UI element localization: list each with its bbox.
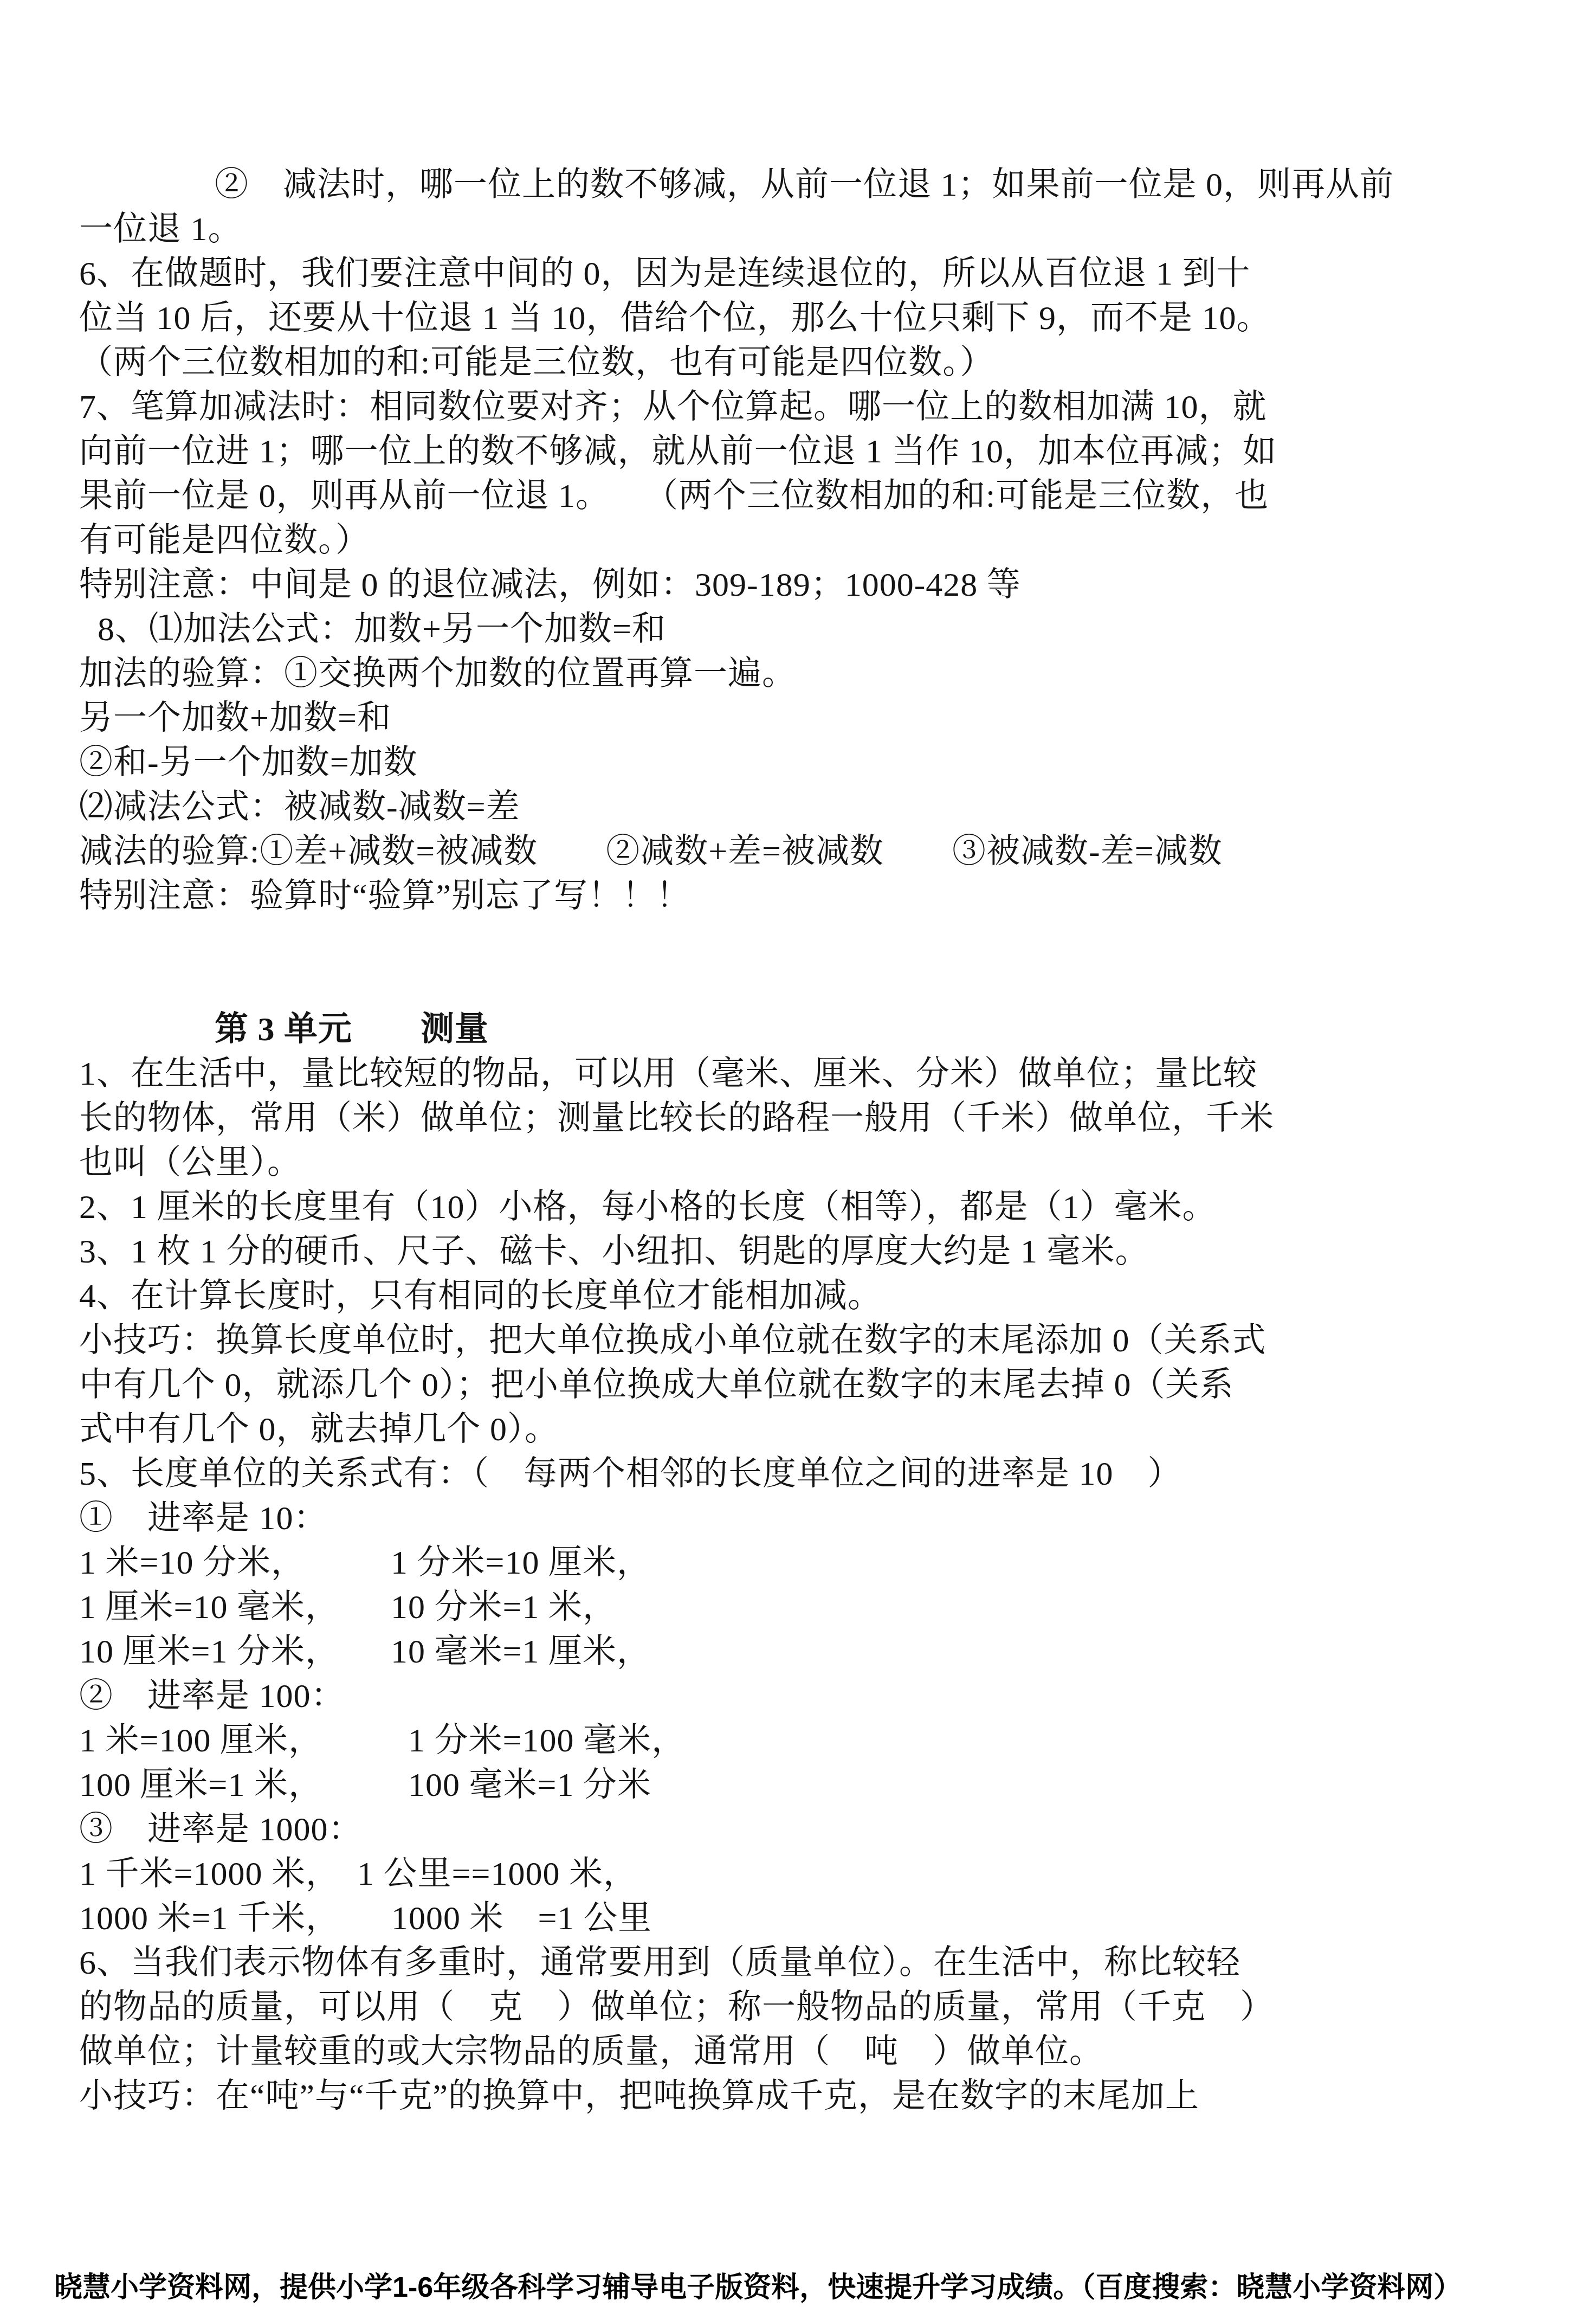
text-line: 5、长度单位的关系式有：（ 每两个相邻的长度单位之间的进率是 10 ） — [79, 1452, 1542, 1496]
footer-watermark: 晓慧小学资料网，提供小学1-6年级各科学习辅导电子版资料，快速提升学习成绩。（百… — [54, 2271, 1572, 2304]
text-line: 1 米=100 厘米， 1 分米=100 毫米， — [79, 1718, 1542, 1763]
text-line: ⑵减法公式：被减数-减数=差 — [79, 785, 1542, 829]
text-line: 特别注意：中间是 0 的退位减法，例如：309-189；1000-428 等 — [79, 563, 1542, 607]
text-line: 6、当我们表示物体有多重时，通常要用到（质量单位）。在生活中，称比较轻 — [79, 1941, 1542, 1985]
text-line: 4、在计算长度时，只有相同的长度单位才能相加减。 — [79, 1274, 1542, 1318]
text-line: 1、在生活中，量比较短的物品，可以用（毫米、厘米、分米）做单位；量比较 — [79, 1052, 1542, 1096]
text-line: ② 进率是 100： — [79, 1674, 1542, 1718]
text-line: 做单位；计量较重的或大宗物品的质量，通常用（ 吨 ）做单位。 — [79, 2029, 1542, 2074]
document-page: ② 减法时，哪一位上的数不够减，从前一位退 1；如果前一位是 0，则再从前一位退… — [0, 0, 1596, 2313]
text-line: 小技巧：在“吨”与“千克”的换算中，把吨换算成千克，是在数字的末尾加上 — [79, 2074, 1542, 2118]
text-line: 7、笔算加减法时：相同数位要对齐；从个位算起。哪一位上的数相加满 10，就 — [79, 385, 1542, 429]
text-line: 中有几个 0，就添几个 0）；把小单位换成大单位就在数字的末尾去掉 0（关系 — [79, 1363, 1542, 1407]
text-line: 6、在做题时，我们要注意中间的 0，因为是连续退位的，所以从百位退 1 到十 — [79, 252, 1542, 296]
text-line: 特别注意：验算时“验算”别忘了写！！！ — [79, 874, 1542, 918]
text-line: 1 厘米=10 毫米， 10 分米=1 米， — [79, 1585, 1542, 1629]
text-line: 1 千米=1000 米， 1 公里==1000 米， — [79, 1852, 1542, 1896]
text-line: 有可能是四位数。） — [79, 518, 1542, 563]
text-line: 3、1 枚 1 分的硬币、尺子、磁卡、小纽扣、钥匙的厚度大约是 1 毫米。 — [79, 1229, 1542, 1274]
text-line: 小技巧：换算长度单位时，把大单位换成小单位就在数字的末尾添加 0（关系式 — [79, 1318, 1542, 1363]
text-line: 8、⑴加法公式：加数+另一个加数=和 — [79, 607, 1542, 652]
text-line: 位当 10 后，还要从十位退 1 当 10，借给个位，那么十位只剩下 9，而不是… — [79, 296, 1542, 340]
document-body: ② 减法时，哪一位上的数不够减，从前一位退 1；如果前一位是 0，则再从前一位退… — [79, 163, 1542, 2118]
text-line: 10 厘米=1 分米， 10 毫米=1 厘米， — [79, 1629, 1542, 1674]
text-line: 的物品的质量，可以用（ 克 ）做单位；称一般物品的质量，常用（千克 ） — [79, 1985, 1542, 2029]
text-line: 加法的验算：①交换两个加数的位置再算一遍。 — [79, 652, 1542, 696]
text-line: 100 厘米=1 米， 100 毫米=1 分米 — [79, 1763, 1542, 1807]
text-line: 另一个加数+加数=和 — [79, 696, 1542, 740]
text-line: 2、1 厘米的长度里有（10）小格，每小格的长度（相等），都是（1）毫米。 — [79, 1185, 1542, 1229]
blank-line — [79, 918, 1542, 963]
text-line: 式中有几个 0，就去掉几个 0）。 — [79, 1407, 1542, 1452]
text-line: 向前一位进 1；哪一位上的数不够减，就从前一位退 1 当作 10，加本位再减；如 — [79, 429, 1542, 474]
text-line: 减法的验算:①差+减数=被减数 ②减数+差=被减数 ③被减数-差=减数 — [79, 829, 1542, 874]
text-line: ②和-另一个加数=加数 — [79, 740, 1542, 785]
text-line: 长的物体，常用（米）做单位；测量比较长的路程一般用（千米）做单位，千米 — [79, 1096, 1542, 1141]
text-line: ② 减法时，哪一位上的数不够减，从前一位退 1；如果前一位是 0，则再从前 — [79, 163, 1542, 207]
text-line: 一位退 1。 — [79, 207, 1542, 252]
text-line: ① 进率是 10： — [79, 1496, 1542, 1541]
text-line: ③ 进率是 1000： — [79, 1807, 1542, 1852]
text-line: 也叫（公里）。 — [79, 1141, 1542, 1185]
text-line: 1 米=10 分米， 1 分米=10 厘米， — [79, 1541, 1542, 1585]
text-line: 1000 米=1 千米， 1000 米 =1 公里 — [79, 1896, 1542, 1941]
section-heading: 第 3 单元 测量 — [79, 1007, 1542, 1052]
text-line: （两个三位数相加的和:可能是三位数，也有可能是四位数。） — [79, 340, 1542, 385]
text-line: 果前一位是 0，则再从前一位退 1。 （两个三位数相加的和:可能是三位数，也 — [79, 474, 1542, 518]
blank-line — [79, 963, 1542, 1007]
